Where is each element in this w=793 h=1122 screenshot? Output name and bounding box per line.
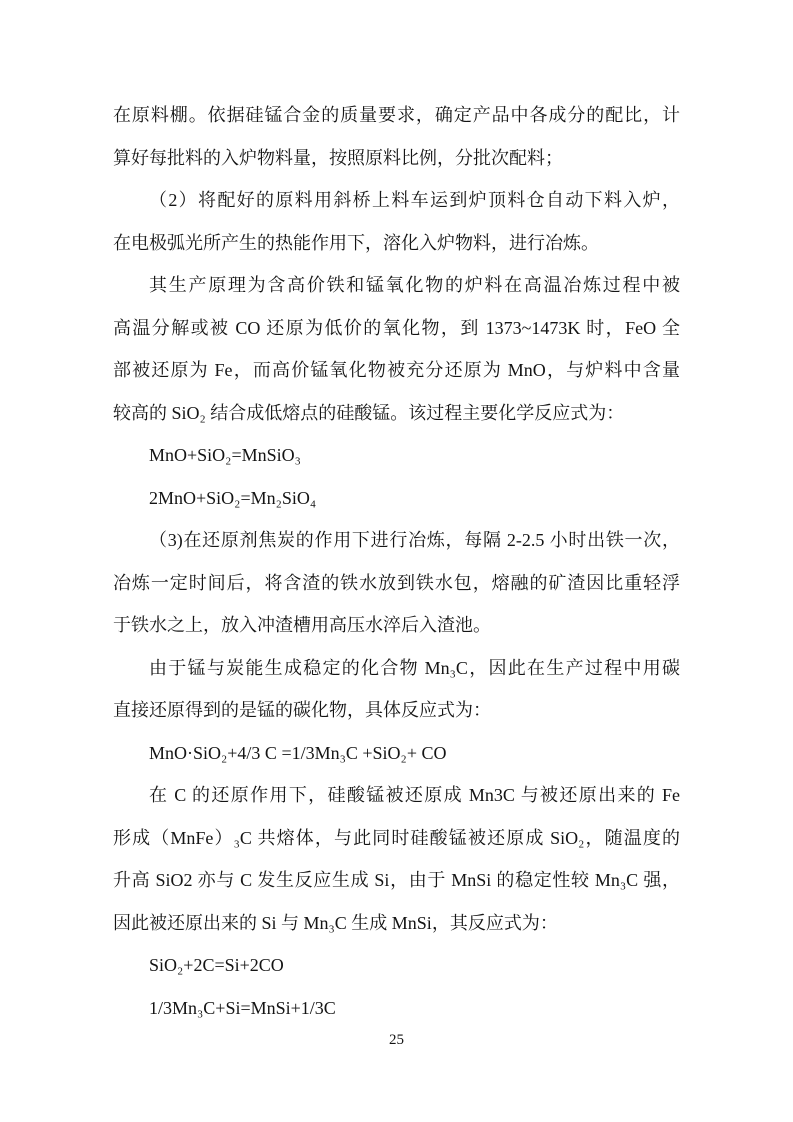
formula-line: MnO·SiO₂+4/3 C =1/3Mn₃C +SiO₂+ CO (113, 732, 680, 775)
text-line: 由于锰与炭能生成稳定的化合物 Mn₃C，因此在生产过程中用碳 (113, 647, 680, 690)
text-line: 升高 SiO2 亦与 C 发生反应生成 Si，由于 MnSi 的稳定性较 Mn₃… (113, 859, 680, 902)
document-page: 在原料棚。依据硅锰合金的质量要求，确定产品中各成分的配比，计 算好每批料的入炉物… (0, 0, 793, 1122)
text-line: 在 C 的还原作用下，硅酸锰被还原成 Mn3C 与被还原出来的 Fe (113, 774, 680, 817)
text-line: 在电极弧光所产生的热能作用下，溶化入炉物料，进行冶炼。 (113, 222, 680, 265)
formula-line: SiO₂+2C=Si+2CO (113, 944, 680, 987)
page-number: 25 (0, 1030, 793, 1050)
text-line: 形成（MnFe）₃C 共熔体，与此同时硅酸锰被还原成 SiO₂，随温度的 (113, 817, 680, 860)
text-line: 较高的 SiO₂ 结合成低熔点的硅酸锰。该过程主要化学反应式为： (113, 392, 680, 435)
text-line: 冶炼一定时间后，将含渣的铁水放到铁水包，熔融的矿渣因比重轻浮 (113, 562, 680, 605)
text-line: （2）将配好的原料用斜桥上料车运到炉顶料仓自动下料入炉， (113, 179, 680, 222)
formula-line: 2MnO+SiO₂=Mn₂SiO₄ (113, 477, 680, 520)
text-line: 部被还原为 Fe，而高价锰氧化物被充分还原为 MnO，与炉料中含量 (113, 349, 680, 392)
text-line: 其生产原理为含高价铁和锰氧化物的炉料在高温冶炼过程中被 (113, 264, 680, 307)
text-line: 在原料棚。依据硅锰合金的质量要求，确定产品中各成分的配比，计 (113, 94, 680, 137)
text-line: 直接还原得到的是锰的碳化物，具体反应式为： (113, 689, 680, 732)
document-body: 在原料棚。依据硅锰合金的质量要求，确定产品中各成分的配比，计 算好每批料的入炉物… (113, 94, 680, 1029)
text-line: 高温分解或被 CO 还原为低价的氧化物，到 1373~1473K 时，FeO 全 (113, 307, 680, 350)
text-line: （3)在还原剂焦炭的作用下进行冶炼，每隔 2-2.5 小时出铁一次， (113, 519, 680, 562)
formula-line: MnO+SiO₂=MnSiO₃ (113, 434, 680, 477)
text-line: 算好每批料的入炉物料量，按照原料比例，分批次配料； (113, 137, 680, 180)
formula-line: 1/3Mn₃C+Si=MnSi+1/3C (113, 987, 680, 1030)
text-line: 因此被还原出来的 Si 与 Mn₃C 生成 MnSi，其反应式为： (113, 902, 680, 945)
text-line: 于铁水之上，放入冲渣槽用高压水淬后入渣池。 (113, 604, 680, 647)
